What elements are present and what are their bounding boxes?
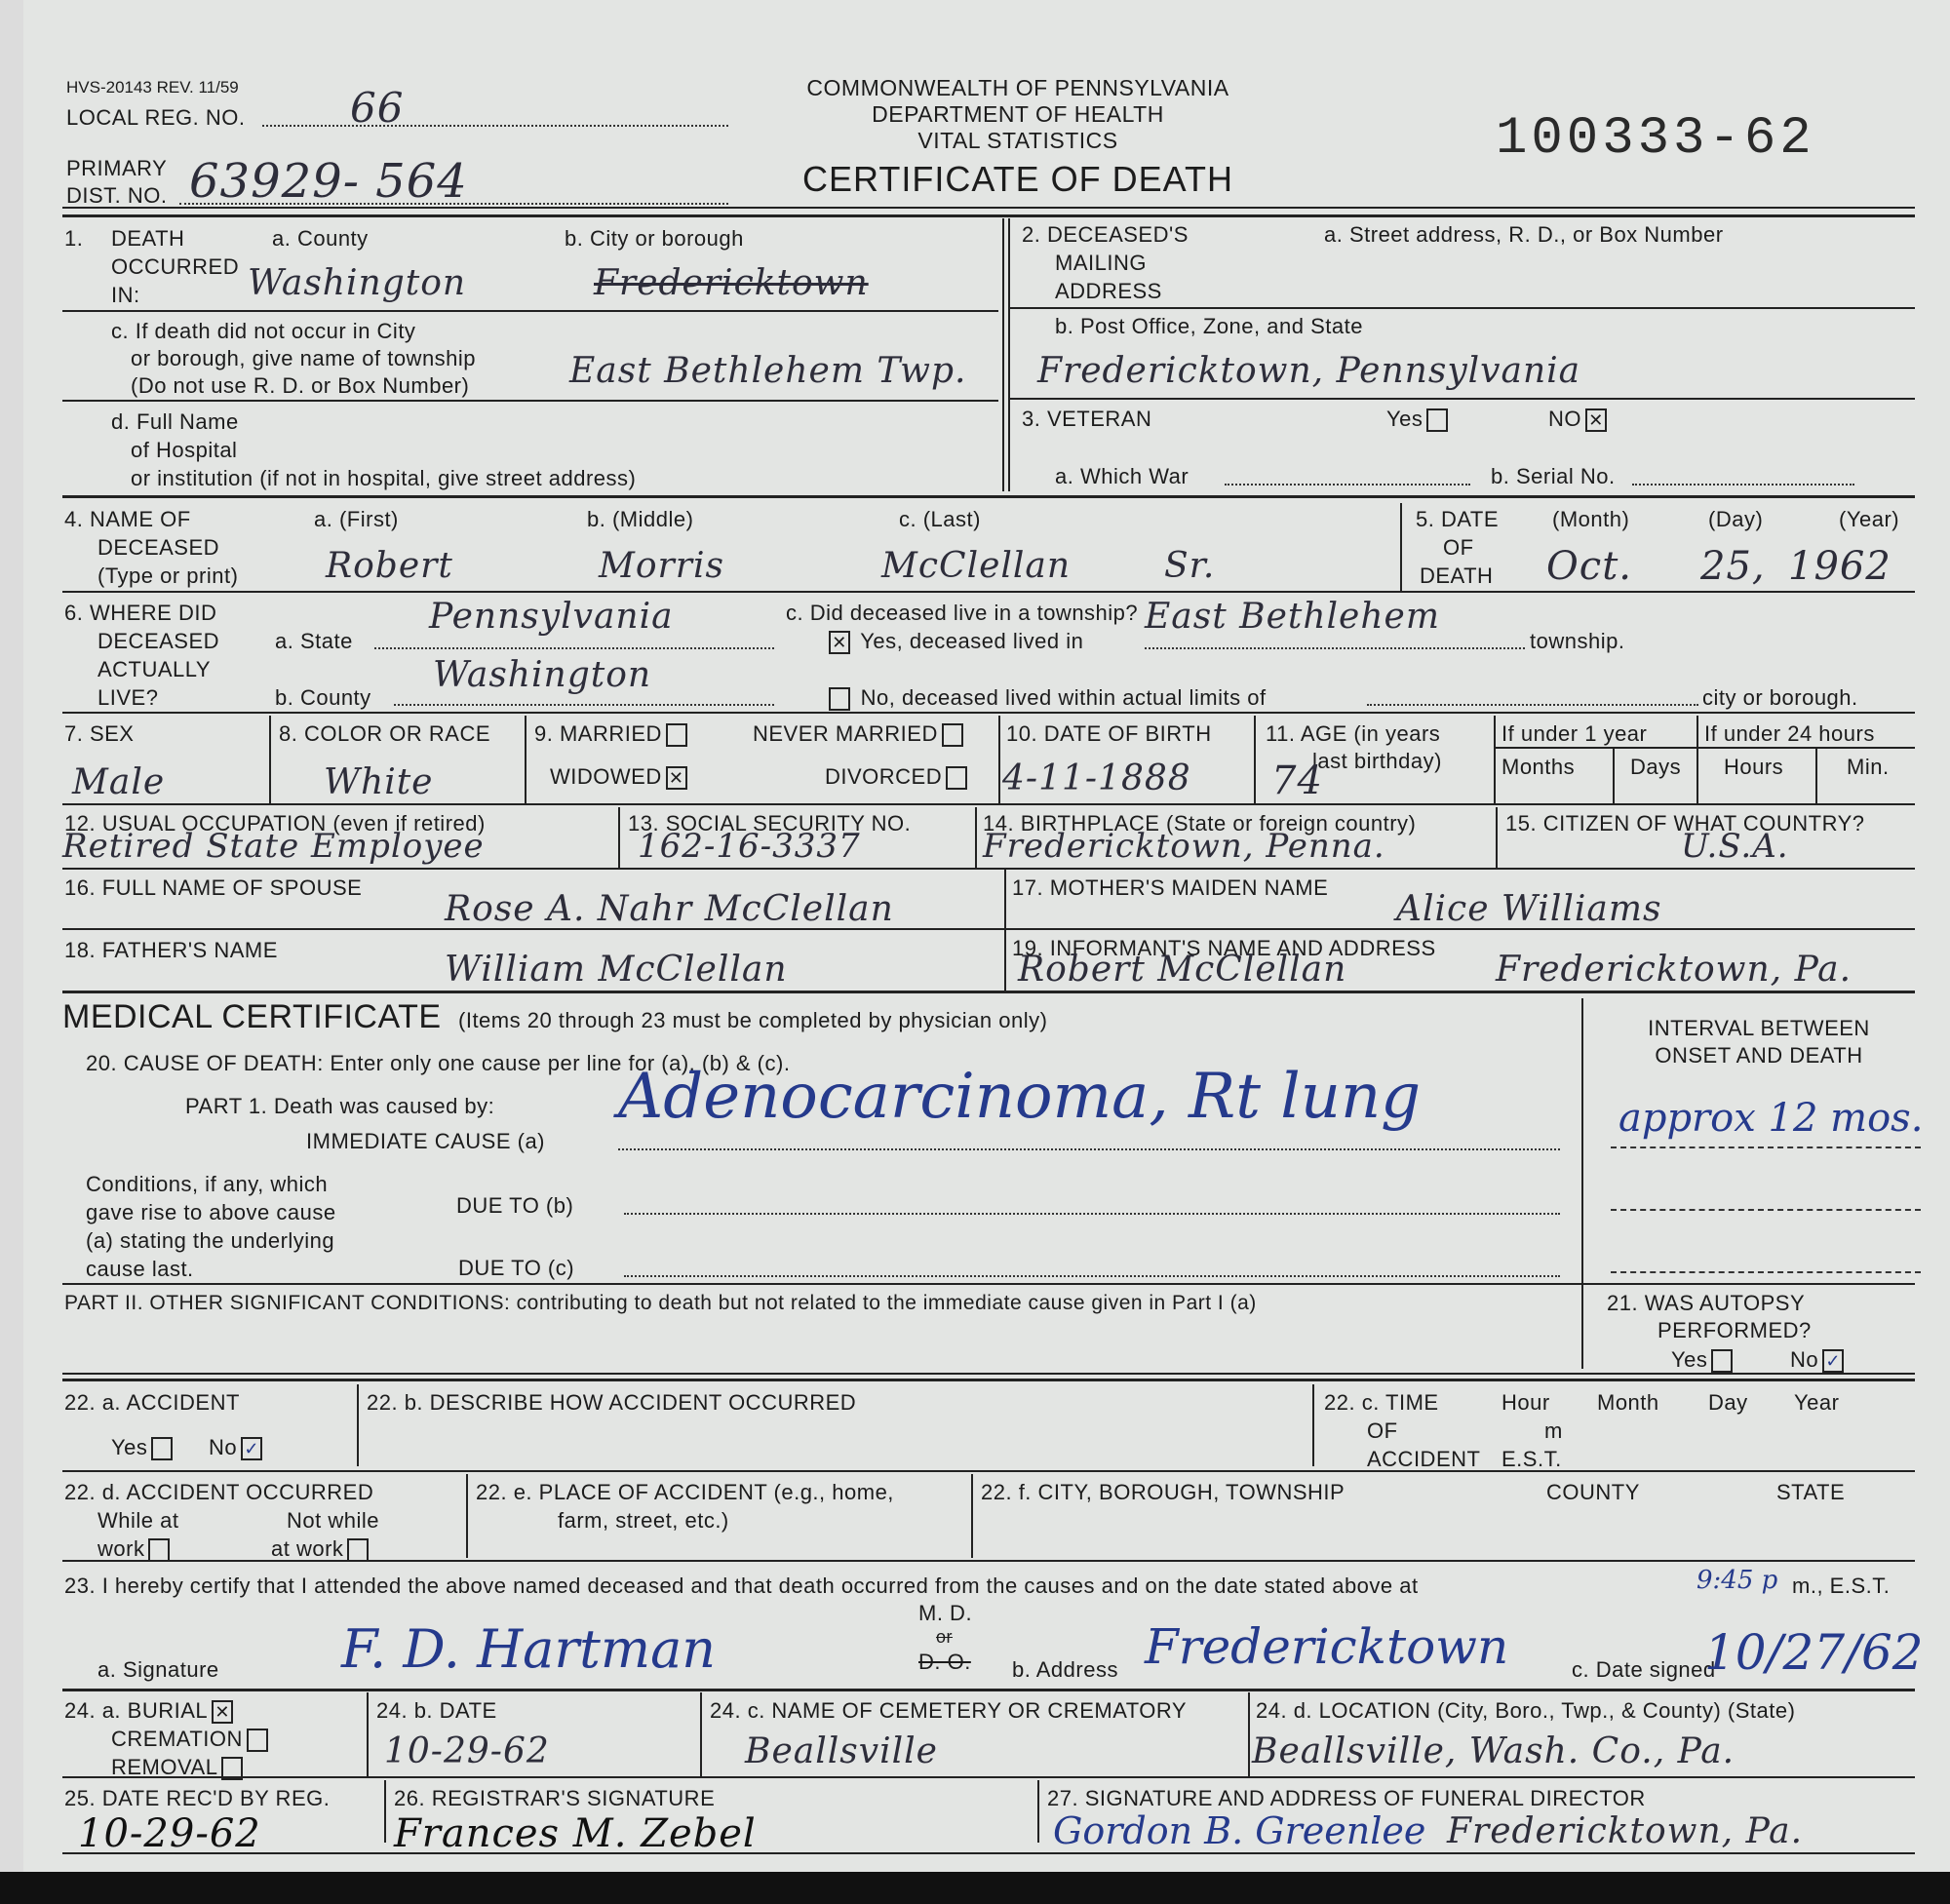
accident-yes-checkbox[interactable] <box>151 1437 173 1460</box>
funeral-director-address: Fredericktown, Pa. <box>1447 1811 1803 1851</box>
divider <box>1008 398 1915 400</box>
divider <box>618 807 620 870</box>
veteran-no-label: NO <box>1548 407 1581 431</box>
never-married-option: NEVER MARRIED <box>753 719 967 748</box>
divider <box>1696 716 1698 803</box>
first-name-label: a. (First) <box>314 505 399 533</box>
death-time-suffix: m., E.S.T. <box>1792 1572 1890 1600</box>
accident-yes: Yes <box>111 1433 176 1461</box>
place-of-accident-label: farm, street, etc.) <box>558 1506 729 1535</box>
divorced-option: DIVORCED <box>825 762 971 791</box>
m-label: m <box>1544 1417 1563 1445</box>
divider <box>1312 1384 1314 1466</box>
divider <box>62 591 1915 593</box>
due-to-b-label: DUE TO (b) <box>456 1191 573 1220</box>
cemetery-location-label: 24. d. LOCATION (City, Boro., Twp., & Co… <box>1256 1696 1795 1725</box>
autopsy-no: No <box>1790 1345 1848 1374</box>
burial-option: 24. a. BURIAL <box>64 1696 237 1725</box>
funeral-director-signature: Gordon B. Greenlee <box>1053 1809 1425 1852</box>
item1c-label: (Do not use R. D. or Box Number) <box>131 371 469 400</box>
divider <box>62 712 1915 714</box>
conditions-label: cause last. <box>86 1255 194 1283</box>
item1d-label: of Hospital <box>131 436 237 464</box>
accident-state-label: STATE <box>1776 1478 1845 1506</box>
form-id: HVS-20143 REV. 11/59 <box>66 78 239 97</box>
township-line <box>1145 647 1525 649</box>
township-no: No, deceased lived within actual limits … <box>825 683 1267 712</box>
divider <box>367 1692 369 1776</box>
year-label: (Year) <box>1839 505 1899 533</box>
autopsy-label: PERFORMED? <box>1657 1316 1812 1344</box>
item2-label: 2. DECEASED'S <box>1022 220 1189 249</box>
divider <box>971 1474 973 1558</box>
part1-label: PART 1. Death was caused by: <box>185 1092 494 1120</box>
certificate-title: CERTIFICATE OF DEATH <box>764 159 1271 200</box>
death-day-value: 25, <box>1700 544 1766 589</box>
city-line <box>1367 704 1698 706</box>
item1c-label: or borough, give name of township <box>131 344 476 372</box>
cremation-label: CREMATION <box>111 1727 243 1751</box>
while-at-work-label: While at <box>97 1506 178 1535</box>
autopsy-yes-label: Yes <box>1671 1347 1707 1372</box>
veteran-yes: Yes <box>1386 405 1452 433</box>
residence-township-value: East Bethlehem <box>1145 597 1440 637</box>
middle-name-label: b. (Middle) <box>587 505 693 533</box>
divider <box>1496 807 1498 870</box>
item4-label: 4. NAME OF <box>64 505 191 533</box>
accident-no: No <box>209 1433 266 1461</box>
county-label: a. County <box>272 224 369 253</box>
divider <box>1613 749 1615 803</box>
physician-signature-label: a. Signature <box>97 1655 219 1684</box>
last-name-label: c. (Last) <box>899 505 981 533</box>
registrar-signature: Frances M. Zebel <box>394 1811 757 1856</box>
divider <box>62 1470 1915 1472</box>
veteran-yes-checkbox[interactable] <box>1426 408 1448 432</box>
due-to-b-line <box>624 1213 1560 1215</box>
township-yes: Yes, deceased lived in <box>825 627 1083 655</box>
divider <box>466 1474 468 1558</box>
death-time-value: 9:45 p <box>1696 1566 1777 1595</box>
divider <box>62 1283 1915 1285</box>
township-question-label: c. Did deceased live in a township? <box>786 599 1138 627</box>
registrar-signature-label: 26. REGISTRAR'S SIGNATURE <box>394 1784 715 1812</box>
hours-label: Hours <box>1724 753 1783 781</box>
accident-city-label: 22. f. CITY, BOROUGH, TOWNSHIP <box>981 1478 1345 1506</box>
months-label: Months <box>1501 753 1575 781</box>
cemetery-location-value: Beallsville, Wash. Co., Pa. <box>1252 1731 1735 1771</box>
medical-certificate-heading: MEDICAL CERTIFICATE <box>62 998 442 1036</box>
divider <box>700 1692 702 1776</box>
informant-address-value: Fredericktown, Pa. <box>1496 950 1852 990</box>
accident-time-label: 22. c. TIME <box>1324 1388 1439 1417</box>
burial-date-value: 10-29-62 <box>384 1731 550 1771</box>
immediate-cause-label: IMMEDIATE CAUSE (a) <box>306 1127 545 1155</box>
serial-label: b. Serial No. <box>1491 462 1616 490</box>
divider <box>1494 716 1496 803</box>
divider <box>62 1776 1915 1778</box>
widowed-option: WIDOWED <box>550 762 691 791</box>
spouse-value: Rose A. Nahr McClellan <box>445 889 894 929</box>
divider <box>998 716 1000 803</box>
item2-label: MAILING <box>1055 249 1147 277</box>
divider <box>1581 998 1583 1369</box>
divider <box>1008 218 1010 491</box>
certificate-number: 100333-62 <box>1496 109 1815 169</box>
township-yes-checkbox[interactable] <box>829 631 850 654</box>
divider <box>62 1560 1915 1562</box>
funeral-director-label: 27. SIGNATURE AND ADDRESS OF FUNERAL DIR… <box>1047 1784 1646 1812</box>
divorced-checkbox[interactable] <box>946 766 967 790</box>
local-reg-line <box>262 125 728 127</box>
divider <box>62 1852 1915 1854</box>
widowed-checkbox[interactable] <box>666 766 687 790</box>
est-label: E.S.T. <box>1501 1445 1562 1473</box>
interval-label: INTERVAL BETWEEN <box>1603 1014 1915 1042</box>
part2-label: PART II. OTHER SIGNIFICANT CONDITIONS: c… <box>64 1289 1257 1317</box>
divider <box>1004 868 1006 928</box>
name-suffix-value: Sr. <box>1164 546 1215 586</box>
minutes-label: Min. <box>1847 753 1890 781</box>
father-name-value: William McClellan <box>445 950 788 990</box>
accident-month-label: Month <box>1597 1388 1659 1417</box>
serial-line <box>1632 484 1854 486</box>
agency-line2: DEPARTMENT OF HEALTH <box>764 100 1271 129</box>
widowed-label: WIDOWED <box>550 764 662 789</box>
cemetery-label: 24. c. NAME OF CEMETERY OR CREMATORY <box>710 1696 1187 1725</box>
divider <box>62 928 1915 930</box>
conditions-label: (a) stating the underlying <box>86 1226 334 1255</box>
ssn-value: 162-16-3337 <box>638 827 861 866</box>
divider <box>1008 307 1915 309</box>
township-yes-text: Yes, deceased lived in <box>860 629 1083 653</box>
item5-label: OF <box>1443 533 1474 562</box>
township-value: East Bethlehem Twp. <box>569 351 966 391</box>
medical-certificate-subheading: (Items 20 through 23 must be completed b… <box>458 1006 1047 1034</box>
divider <box>62 495 1915 498</box>
not-while-at-work-checkbox[interactable] <box>347 1538 369 1562</box>
city-label: b. City or borough <box>565 224 744 253</box>
accident-description-label: 22. b. DESCRIBE HOW ACCIDENT OCCURRED <box>367 1388 856 1417</box>
age-value: 74 <box>1271 758 1323 803</box>
divider <box>1254 716 1256 803</box>
divider <box>1815 749 1817 803</box>
veteran-no-checkbox[interactable] <box>1585 408 1607 432</box>
post-office-label: b. Post Office, Zone, and State <box>1055 312 1363 340</box>
divider <box>1002 218 1004 491</box>
race-label: 8. COLOR OR RACE <box>279 719 490 748</box>
conditions-label: gave rise to above cause <box>86 1198 336 1226</box>
interval-label: ONSET AND DEATH <box>1603 1041 1915 1069</box>
state-line <box>374 647 774 649</box>
street-label: a. Street address, R. D., or Box Number <box>1324 220 1724 249</box>
primary-label: PRIMARY <box>66 154 167 182</box>
mother-maiden-name-label: 17. MOTHER'S MAIDEN NAME <box>1012 874 1328 902</box>
burial-checkbox[interactable] <box>212 1700 233 1724</box>
item4-label: DECEASED <box>97 533 219 562</box>
divider <box>62 1689 1915 1691</box>
item6-label: 6. WHERE DID <box>64 599 216 627</box>
agency-line3: VITAL STATISTICS <box>764 127 1271 155</box>
divider <box>1400 503 1402 591</box>
race-value: White <box>324 762 433 802</box>
accident-label: 22. a. ACCIDENT <box>64 1388 240 1417</box>
accident-no-checkbox[interactable] <box>241 1437 262 1460</box>
local-reg-value: 66 <box>350 84 404 132</box>
married-label: 9. MARRIED <box>534 721 662 746</box>
accident-occurred-label: 22. d. ACCIDENT OCCURRED <box>64 1478 373 1506</box>
veteran-label: 3. VETERAN <box>1022 405 1151 433</box>
spouse-label: 16. FULL NAME OF SPOUSE <box>64 874 362 902</box>
interval-value: approx 12 mos. <box>1618 1096 1923 1141</box>
father-name-label: 18. FATHER'S NAME <box>64 936 278 964</box>
date-signed-value: 10/27/62 <box>1704 1624 1924 1681</box>
autopsy-label: 21. WAS AUTOPSY <box>1607 1289 1805 1317</box>
date-received-value: 10-29-62 <box>78 1811 261 1856</box>
under-one-year-label: If under 1 year <box>1501 719 1647 748</box>
divider <box>62 310 998 312</box>
first-name-value: Robert <box>326 546 453 586</box>
death-city-value: Fredericktown <box>594 263 869 303</box>
item6-label: DECEASED <box>97 627 219 655</box>
accident-county-label: COUNTY <box>1546 1478 1640 1506</box>
autopsy-yes-checkbox[interactable] <box>1711 1349 1733 1373</box>
never-married-checkbox[interactable] <box>942 723 963 747</box>
item1d-label: or institution (if not in hospital, give… <box>131 464 636 492</box>
local-reg-label: LOCAL REG. NO. <box>66 103 245 132</box>
certification-text: 23. I hereby certify that I attended the… <box>64 1572 1419 1600</box>
accident-no-label: No <box>209 1435 237 1459</box>
due-to-c-line <box>624 1275 1560 1277</box>
burial-label: 24. a. BURIAL <box>64 1698 208 1723</box>
item1-label: IN: <box>111 281 140 309</box>
divider <box>384 1780 386 1843</box>
due-to-c-label: DUE TO (c) <box>458 1254 574 1282</box>
accident-time-label: OF <box>1367 1417 1398 1445</box>
cremation-checkbox[interactable] <box>247 1729 268 1752</box>
item1-number: 1. <box>64 224 83 253</box>
interval-line <box>1611 1146 1921 1148</box>
days-label: Days <box>1630 753 1681 781</box>
death-certificate: HVS-20143 REV. 11/59 LOCAL REG. NO. 66 P… <box>23 0 1950 1872</box>
autopsy-no-label: No <box>1790 1347 1818 1372</box>
accident-time-label: ACCIDENT <box>1367 1445 1480 1473</box>
interval-line <box>1611 1209 1921 1211</box>
item4-label: (Type or print) <box>97 562 238 590</box>
divider <box>62 1373 1915 1375</box>
do-label: D. O. <box>918 1648 971 1676</box>
hour-label: Hour <box>1501 1388 1550 1417</box>
divider <box>975 807 977 870</box>
death-year-value: 1962 <box>1788 544 1891 589</box>
dob-value: 4-11-1888 <box>1002 758 1191 798</box>
post-office-value: Fredericktown, Pennsylvania <box>1037 351 1580 391</box>
citizenship-value: U.S.A. <box>1681 827 1789 866</box>
divider <box>62 207 1915 209</box>
divider <box>62 868 1915 870</box>
divider <box>1004 930 1006 991</box>
divider <box>525 716 526 803</box>
agency-line1: COMMONWEALTH OF PENNSYLVANIA <box>764 74 1271 102</box>
divider <box>357 1384 359 1466</box>
divider <box>1248 1692 1250 1776</box>
dist-label: DIST. NO. <box>66 181 168 210</box>
residence-county-label: b. County <box>275 683 371 712</box>
divider <box>269 716 271 803</box>
under-24-hours-label: If under 24 hours <box>1704 719 1875 748</box>
left-page-edge <box>0 0 26 1872</box>
which-war-label: a. Which War <box>1055 462 1189 490</box>
middle-name-value: Morris <box>599 546 724 586</box>
autopsy-yes: Yes <box>1671 1345 1736 1374</box>
dist-value: 63929- 564 <box>189 154 468 209</box>
item5-label: 5. DATE <box>1416 505 1499 533</box>
conditions-label: Conditions, if any, which <box>86 1170 328 1198</box>
never-married-label: NEVER MARRIED <box>753 721 938 746</box>
item5-label: DEATH <box>1420 562 1493 590</box>
death-county-value: Washington <box>248 263 466 303</box>
death-month-value: Oct. <box>1546 544 1632 589</box>
not-while-at-work-label: Not while <box>287 1506 379 1535</box>
veteran-yes-label: Yes <box>1386 407 1423 431</box>
divider <box>62 803 1915 805</box>
immediate-cause-value: Adenocarcinoma, Rt lung <box>618 1061 1421 1133</box>
interval-line <box>1611 1271 1921 1273</box>
married-option: 9. MARRIED <box>534 719 691 748</box>
day-label: (Day) <box>1708 505 1763 533</box>
date-signed-label: c. Date signed <box>1572 1655 1716 1684</box>
place-of-accident-label: 22. e. PLACE OF ACCIDENT (e.g., home, <box>476 1478 894 1506</box>
item6-label: ACTUALLY <box>97 655 211 683</box>
married-checkbox[interactable] <box>666 723 687 747</box>
township-no-checkbox[interactable] <box>829 687 850 711</box>
age-label: 11. AGE (in years <box>1266 719 1440 748</box>
burial-date-label: 24. b. DATE <box>376 1696 497 1725</box>
item1-label: OCCURRED <box>111 253 239 281</box>
immediate-cause-line <box>618 1148 1560 1150</box>
mother-maiden-name-value: Alice Williams <box>1396 889 1661 929</box>
last-name-value: McClellan <box>881 546 1071 586</box>
township-no-text: No, deceased lived within actual limits … <box>861 685 1267 710</box>
divider <box>62 214 1915 217</box>
while-at-work-label: work <box>97 1536 144 1561</box>
divider <box>1037 1780 1039 1843</box>
residence-state-label: a. State <box>275 627 353 655</box>
which-war-line <box>1225 484 1470 486</box>
divorced-label: DIVORCED <box>825 764 942 789</box>
city-suffix: city or borough. <box>1702 683 1858 712</box>
township-suffix: township. <box>1530 627 1624 655</box>
residence-state-value: Pennsylvania <box>429 597 674 637</box>
item2-label: ADDRESS <box>1055 277 1162 305</box>
birthplace-value: Fredericktown, Penna. <box>983 827 1385 866</box>
occupation-value: Retired State Employee <box>62 827 485 866</box>
cemetery-value: Beallsville <box>745 1731 938 1771</box>
autopsy-no-checkbox[interactable] <box>1822 1349 1844 1373</box>
informant-name-value: Robert McClellan <box>1018 950 1346 990</box>
county-line <box>394 704 774 706</box>
not-while-at-work-option: at work <box>271 1535 372 1563</box>
sex-label: 7. SEX <box>64 719 134 748</box>
sex-value: Male <box>72 762 165 802</box>
divider <box>62 1379 1915 1381</box>
divider <box>62 400 998 402</box>
veteran-no: NO <box>1548 405 1611 433</box>
while-at-work-checkbox[interactable] <box>148 1538 170 1562</box>
physician-signature: F. D. Hartman <box>341 1618 716 1680</box>
while-at-work-option: work <box>97 1535 174 1563</box>
residence-county-value: Washington <box>433 655 651 695</box>
accident-year-label: Year <box>1794 1388 1839 1417</box>
divider <box>62 991 1915 993</box>
not-while-at-work-label: at work <box>271 1536 343 1561</box>
date-received-label: 25. DATE REC'D BY REG. <box>64 1784 330 1812</box>
accident-yes-label: Yes <box>111 1435 147 1459</box>
item1-label: DEATH <box>111 224 184 253</box>
physician-address-value: Fredericktown <box>1145 1618 1508 1675</box>
accident-day-label: Day <box>1708 1388 1748 1417</box>
physician-address-label: b. Address <box>1012 1655 1118 1684</box>
cremation-option: CREMATION <box>111 1725 272 1753</box>
item1c-label: c. If death did not occur in City <box>111 317 415 345</box>
item1d-label: d. Full Name <box>111 408 239 436</box>
age-label: last birthday) <box>1312 747 1442 775</box>
month-label: (Month) <box>1552 505 1629 533</box>
item6-label: LIVE? <box>97 683 158 712</box>
dob-label: 10. DATE OF BIRTH <box>1006 719 1212 748</box>
